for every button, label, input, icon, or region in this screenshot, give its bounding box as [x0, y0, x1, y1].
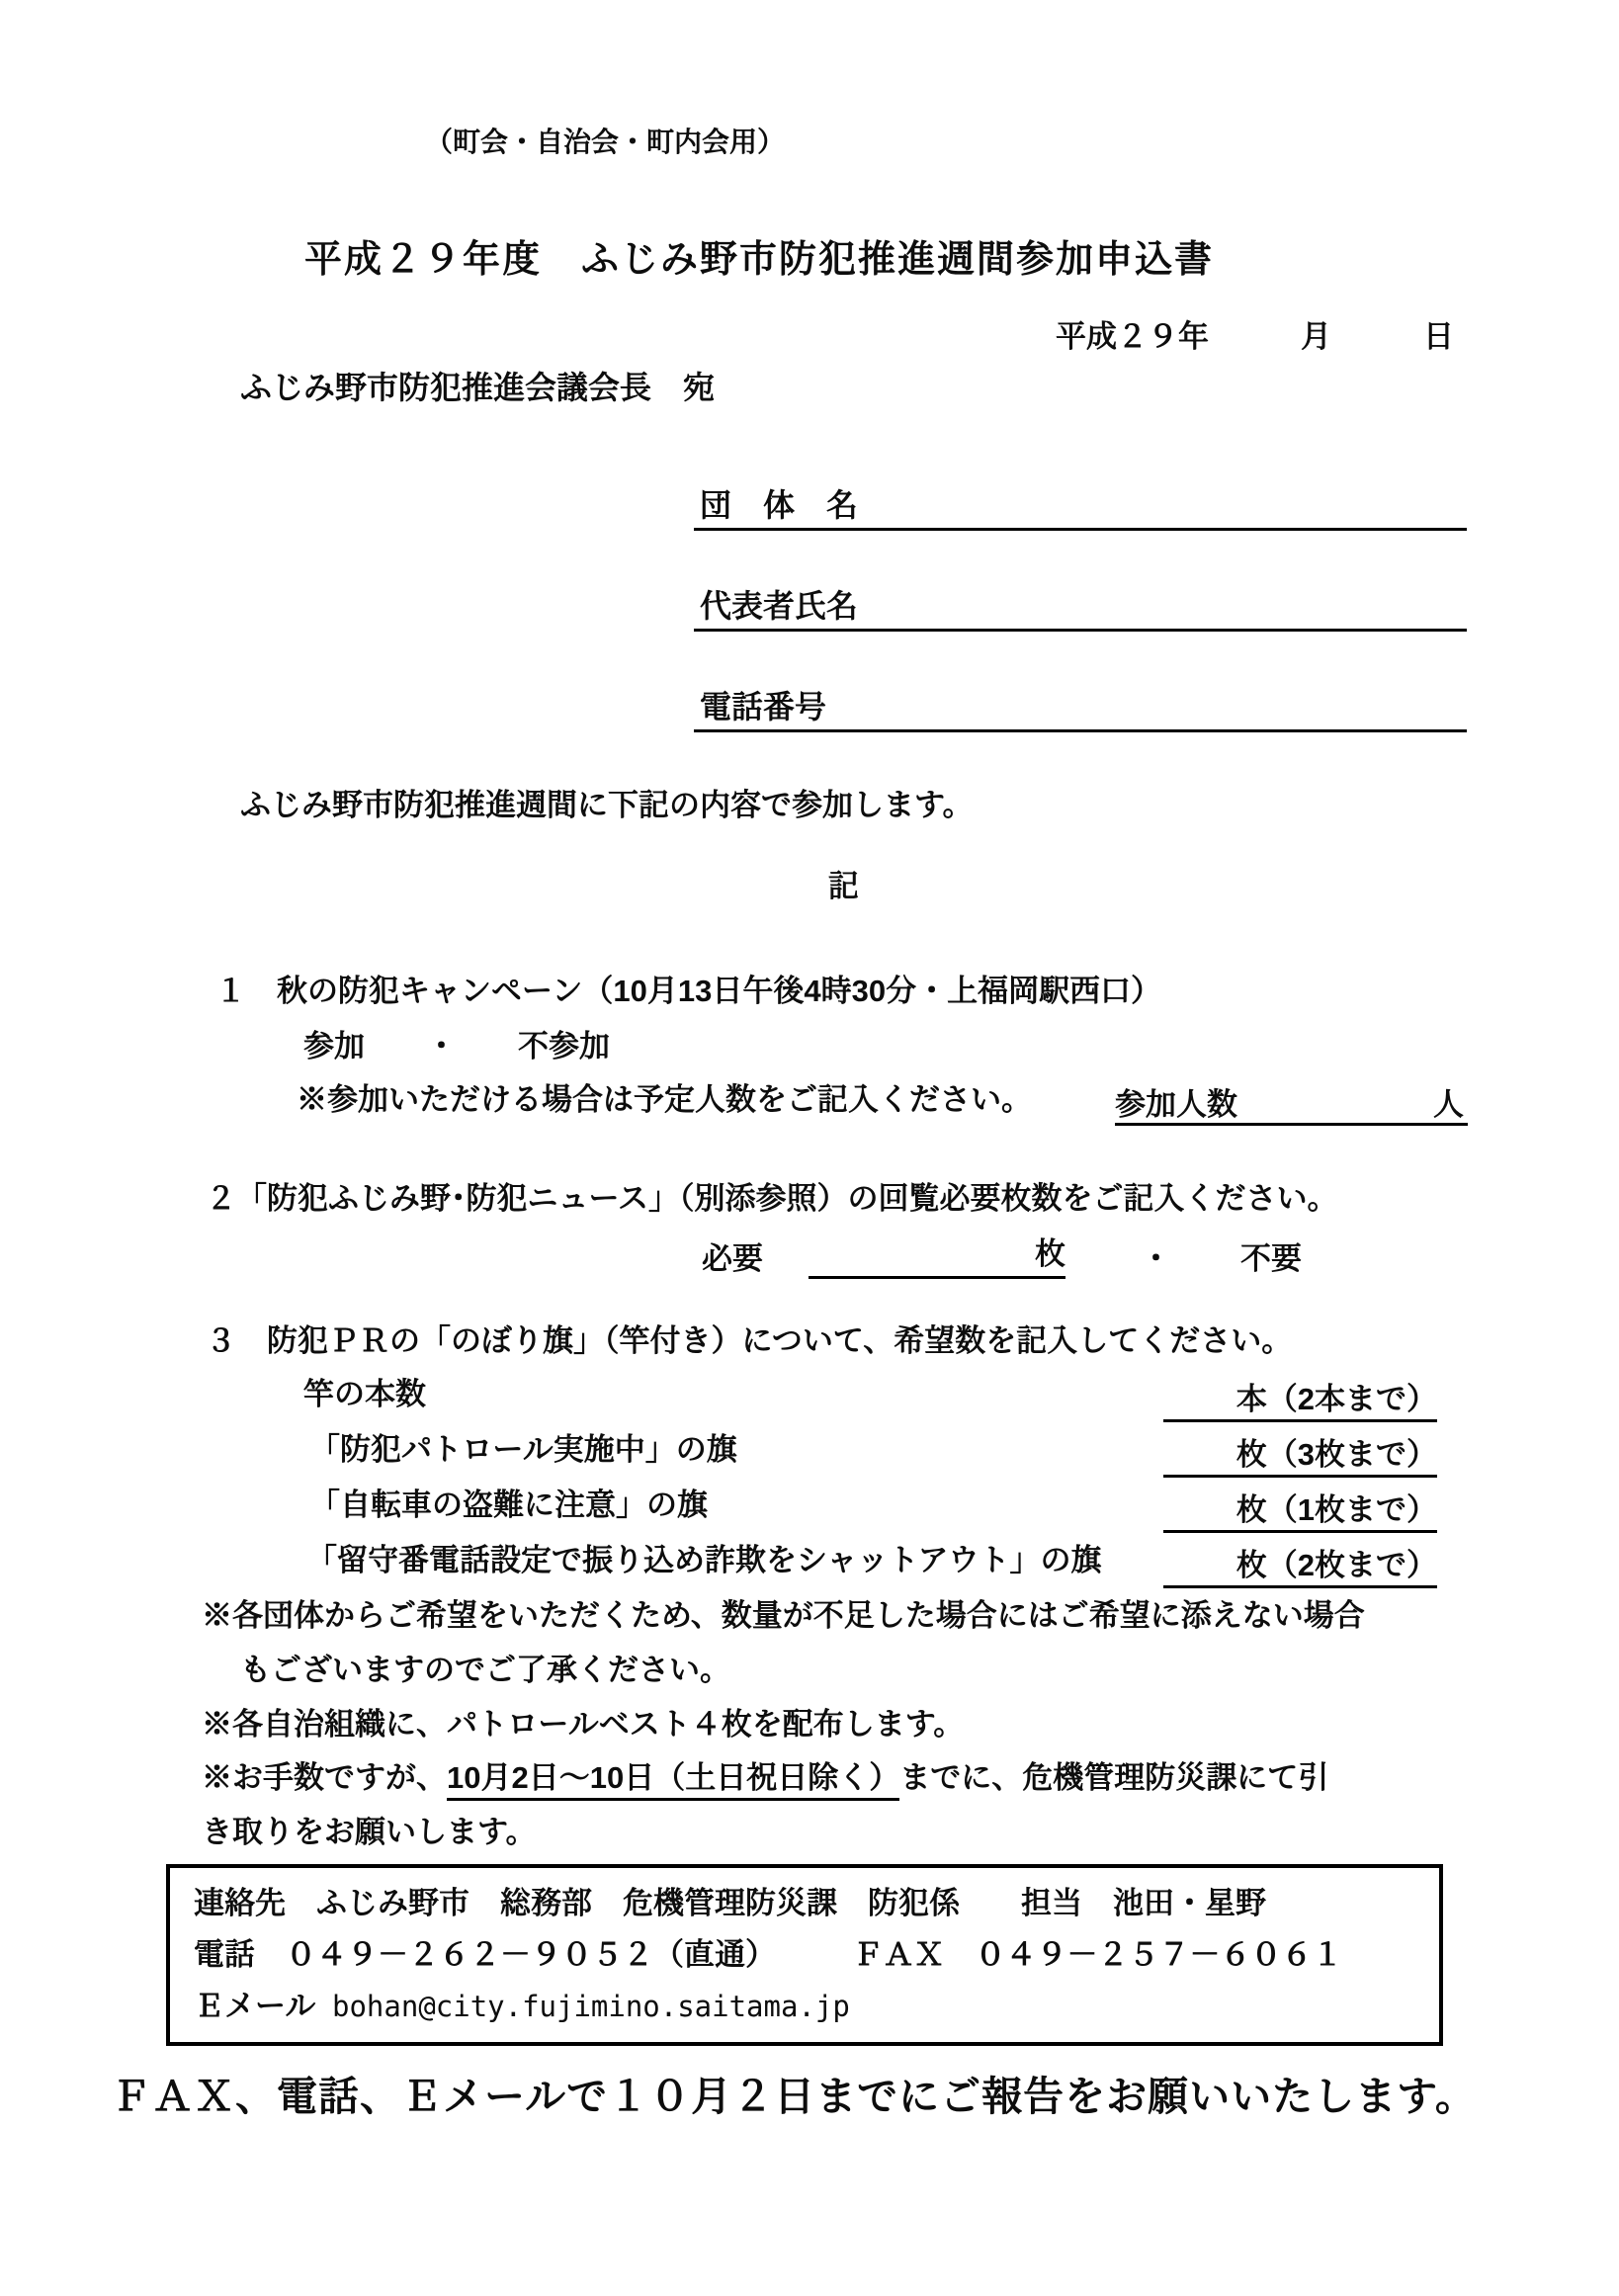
- phone-number-label: 電話番号: [700, 682, 826, 727]
- date-line: 平成２９年 月 日: [1056, 318, 1454, 357]
- representative-name-label: 代表者氏名: [700, 581, 858, 627]
- group-name-field: 団 体 名: [694, 480, 1467, 531]
- contact-department: 連絡先 ふじみ野市 総務部 危機管理防災課 防犯係 担当 池田・星野: [194, 1878, 1439, 1929]
- intro-sentence: ふじみ野市防犯推進週間に下記の内容で参加します。: [240, 787, 974, 825]
- representative-name-field: 代表者氏名: [694, 581, 1467, 632]
- need-count-blank: 枚: [809, 1235, 1065, 1279]
- record-marker: 記: [828, 868, 859, 906]
- note-shortage-line2: もございますのでご了承ください。: [240, 1652, 730, 1690]
- contact-phone-fax: 電話 ０４９－２６２－９０５２（直通） ＦＡＸ ０４９－２５７－６０６１: [194, 1929, 1439, 1981]
- bicycle-flag-limit: 枚（1枚まで）: [1236, 1492, 1437, 1527]
- contact-box: 連絡先 ふじみ野市 総務部 危機管理防災課 防犯係 担当 池田・星野 電話 ０４…: [166, 1864, 1443, 2046]
- pole-count-label: 竿の本数: [303, 1376, 426, 1414]
- pole-count-limit: 本（2本まで）: [1236, 1382, 1437, 1416]
- scanned-form-page: （町会・自治会・町内会用） 平成２９年度 ふじみ野市防犯推進週間参加申込書 平成…: [0, 0, 1619, 2296]
- note-pickup-period: 10月2日～10日（土日祝日除く）: [447, 1760, 899, 1801]
- patrol-flag-blank: 枚（3枚まで）: [1163, 1429, 1437, 1478]
- pole-count-blank: 本（2本まで）: [1163, 1374, 1437, 1422]
- usage-note: （町会・自治会・町内会用）: [425, 125, 785, 159]
- email-address: bohan@city.fujimino.saitama.jp: [332, 1990, 850, 2023]
- answerphone-flag-blank: 枚（2枚まで）: [1163, 1540, 1437, 1588]
- section2-heading: ２「防犯ふじみ野･防犯ニュース」（別添参照）の回覧必要枚数をご記入ください。: [206, 1180, 1337, 1219]
- section1-note: ※参加いただける場合は予定人数をご記入ください。: [297, 1081, 1032, 1120]
- patrol-flag-limit: 枚（3枚まで）: [1236, 1437, 1437, 1472]
- section2-answer-row: 必要 枚 ・ 不要: [702, 1235, 1302, 1279]
- decline-label: 不要: [1240, 1240, 1302, 1279]
- note-pickup-prefix: ※お手数ですが、: [202, 1760, 447, 1795]
- patrol-flag-label: 「防犯パトロール実施中」の旗: [309, 1431, 737, 1470]
- phone-number-field: 電話番号: [694, 682, 1467, 732]
- need-unit: 枚: [1035, 1235, 1065, 1274]
- addressee-line: ふじみ野市防犯推進会議会長 宛: [240, 368, 715, 407]
- section3-heading: ３ 防犯ＰＲの「のぼり旗」（竿付き）について、希望数を記入してください。: [206, 1322, 1292, 1361]
- contact-email-row: Ｅメール bohan@city.fujimino.saitama.jp: [194, 1981, 1439, 2032]
- footer-instruction: ＦＡＸ、電話、Ｅメールで１０月２日までにご報告をお願いいたします。: [111, 2072, 1477, 2122]
- note-vest: ※各自治組織に、パトロールベスト４枚を配布します。: [202, 1706, 964, 1744]
- page-title: 平成２９年度 ふじみ野市防犯推進週間参加申込書: [304, 237, 1214, 285]
- email-label: Ｅメール: [194, 1989, 315, 2023]
- answerphone-flag-label: 「留守番電話設定で振り込め詐欺をシャットアウト」の旗: [306, 1542, 1101, 1580]
- note-pickup-line2: き取りをお願いします。: [202, 1814, 537, 1852]
- bicycle-flag-label: 「自転車の盗難に注意」の旗: [309, 1487, 708, 1525]
- participant-count-field: 参加人数 人: [1115, 1079, 1468, 1126]
- bicycle-flag-blank: 枚（1枚まで）: [1163, 1485, 1437, 1533]
- note-pickup-line1: ※お手数ですが、10月2日～10日（土日祝日除く）までに、危機管理防災課にて引: [202, 1759, 1328, 1798]
- note-pickup-suffix: までに、危機管理防災課にて引: [899, 1760, 1328, 1795]
- section1-choices: 参加 ・ 不参加: [303, 1028, 610, 1066]
- choice-dot: ・: [1141, 1240, 1171, 1279]
- participant-count-label: 参加人数: [1115, 1079, 1237, 1124]
- participant-count-unit: 人: [1433, 1079, 1468, 1124]
- answerphone-flag-limit: 枚（2枚まで）: [1236, 1548, 1437, 1582]
- group-name-label: 団 体 名: [700, 480, 858, 526]
- section1-heading: １ 秋の防犯キャンペーン（10月13日午後4時30分・上福岡駅西口）: [215, 973, 1161, 1011]
- note-shortage-line1: ※各団体からご希望をいただくため、数量が不足した場合にはご希望に添えない場合: [202, 1597, 1365, 1636]
- need-label: 必要: [702, 1240, 763, 1279]
